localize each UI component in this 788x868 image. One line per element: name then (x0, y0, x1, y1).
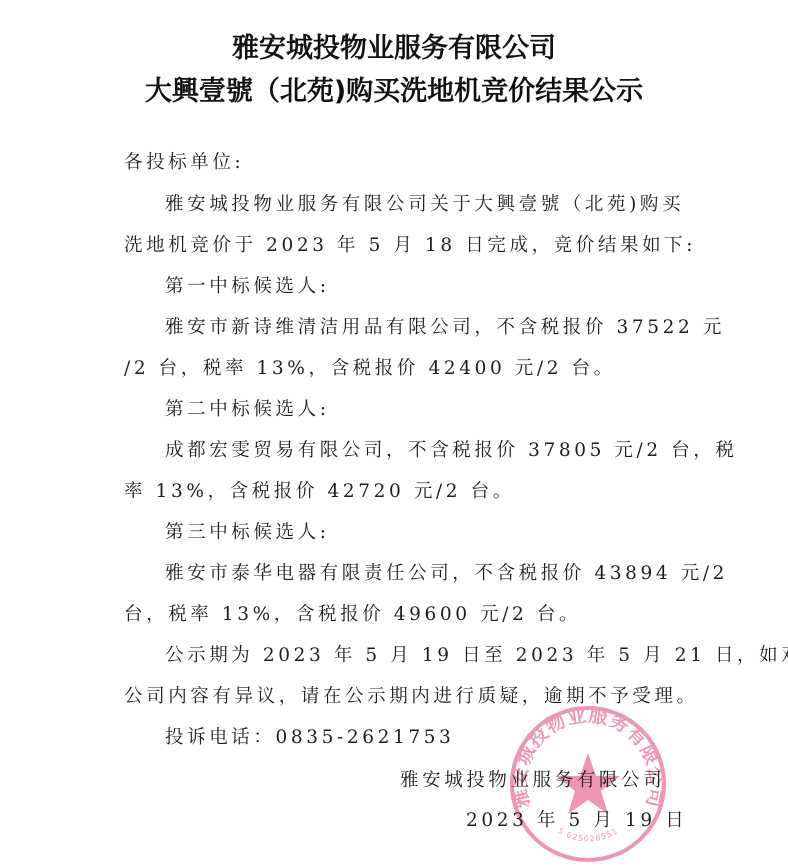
candidate-3-line-1: 雅安市泰华电器有限责任公司，不含税报价 43894 元/2 (165, 559, 728, 585)
complaint-phone: 投诉电话：0835-2621753 (165, 723, 454, 749)
salutation: 各投标单位: (124, 148, 244, 174)
notice-line-1: 公示期为 2023 年 5 月 19 日至 2023 年 5 月 21 日，如对 (165, 641, 788, 667)
candidate-2-line-2: 率 13%，含税报价 42720 元/2 台。 (124, 477, 515, 503)
candidate-3-line-2: 台，税率 13%，含税报价 49600 元/2 台。 (124, 600, 581, 626)
candidate-3-heading: 第三中标候选人: (165, 518, 330, 544)
candidate-1-line-1: 雅安市新诗维清洁用品有限公司，不含税报价 37522 元 (165, 313, 725, 339)
candidate-1-line-2: /2 台，税率 13%，含税报价 42400 元/2 台。 (124, 354, 616, 380)
candidate-2-heading: 第二中标候选人: (165, 395, 330, 421)
intro-line-2: 洗地机竞价于 2023 年 5 月 18 日完成，竞价结果如下: (124, 231, 696, 257)
candidate-2-line-1: 成都宏雯贸易有限公司，不含税报价 37805 元/2 台，税 (165, 436, 738, 462)
signature-company: 雅安城投物业服务有限公司 (400, 766, 665, 792)
intro-line-1: 雅安城投物业服务有限公司关于大興壹號（北苑)购买 (165, 190, 684, 216)
signature-date: 2023 年 5 月 19 日 (466, 806, 687, 832)
document-title-company: 雅安城投物业服务有限公司 (0, 26, 788, 65)
candidate-1-heading: 第一中标候选人: (165, 272, 330, 298)
document-title-subject: 大興壹號（北苑)购买洗地机竞价结果公示 (0, 69, 788, 108)
